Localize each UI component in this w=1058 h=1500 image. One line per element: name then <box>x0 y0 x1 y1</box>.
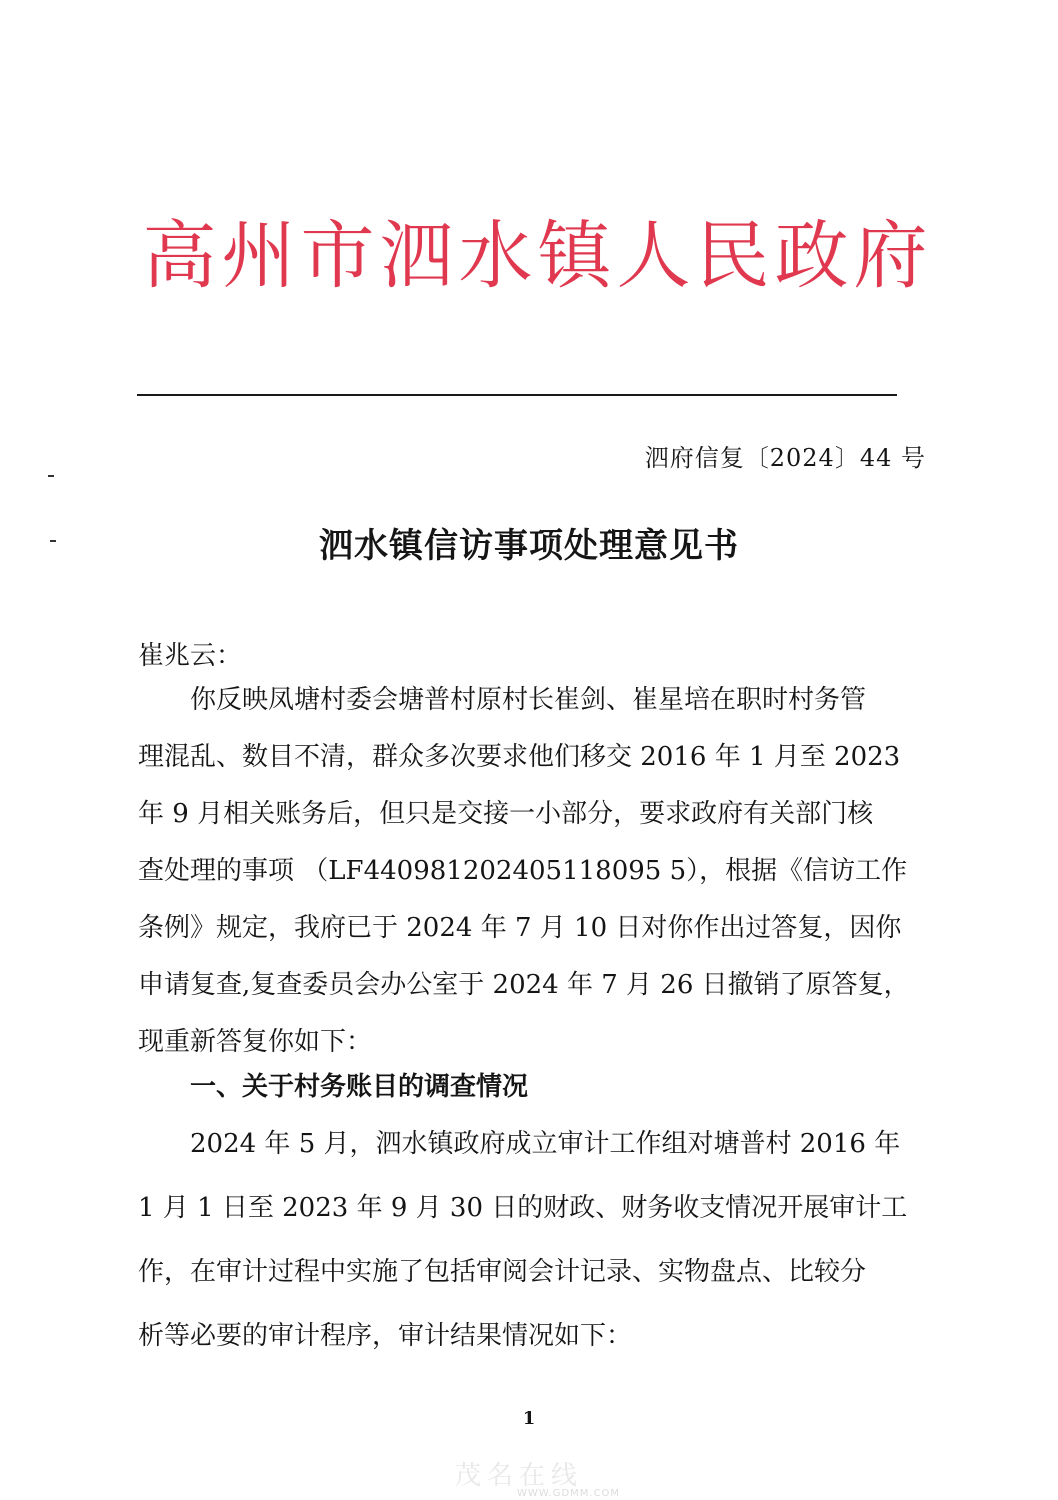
header-char: 泗 <box>377 197 456 303</box>
text-line: 1 月 1 日至 2023 年 9 月 30 日的财政、财务收支情况开展审计工 <box>138 1176 928 1240</box>
text-line: 查处理的事项 （LF440981202405118095 5），根据《信访工作 <box>138 843 928 900</box>
section-1-heading-block: 一、关于村务账目的调查情况 <box>138 1062 928 1112</box>
text-line: 作，在审计过程中实施了包括审阅会计记录、实物盘点、比较分 <box>138 1240 928 1304</box>
header-char: 水 <box>456 197 535 303</box>
page-number: 1 <box>0 1408 1058 1429</box>
header-char: 州 <box>219 197 298 303</box>
header-char: 镇 <box>535 197 614 303</box>
header-char: 市 <box>298 197 377 303</box>
watermark-text: 茂名在线 <box>455 1455 620 1492</box>
header-char: 高 <box>140 197 219 303</box>
text-line: 申请复查,复查委员会办公室于 2024 年 7 月 26 日撤销了原答复， <box>138 957 928 1014</box>
document-title: 泗水镇信访事项处理意见书 <box>0 518 1058 567</box>
section-1-body: 2024 年 5 月，泗水镇政府成立审计工作组对塘普村 2016 年 1 月 1… <box>138 1112 928 1368</box>
paragraph-1: 你反映凤塘村委会塘普村原村长崔剑、崔星培在职时村务管 理混乱、数目不清，群众多次… <box>138 672 928 1071</box>
text-line: 年 9 月相关账务后，但只是交接一小部分，要求政府有关部门核 <box>138 786 928 843</box>
header-char: 府 <box>851 197 930 303</box>
document-number: 泗府信复〔2024〕44 号 <box>645 438 926 473</box>
scan-mark <box>48 475 54 477</box>
header-char: 政 <box>772 197 851 303</box>
header-char: 民 <box>693 197 772 303</box>
salutation: 崔兆云： <box>138 635 242 672</box>
header-divider <box>137 394 897 396</box>
text-line: 条例》规定，我府已于 2024 年 7 月 10 日对你作出过答复，因你 <box>138 900 928 957</box>
section-heading: 一、关于村务账目的调查情况 <box>138 1062 928 1112</box>
text-line: 2024 年 5 月，泗水镇政府成立审计工作组对塘普村 2016 年 <box>138 1112 928 1176</box>
text-line: 析等必要的审计程序，审计结果情况如下： <box>138 1304 928 1368</box>
watermark-url: WWW.GDMM.COM <box>517 1488 620 1499</box>
text-line: 理混乱、数目不清，群众多次要求他们移交 2016 年 1 月至 2023 <box>138 729 928 786</box>
header-char: 人 <box>614 197 693 303</box>
watermark: 茂名在线 WWW.GDMM.COM <box>455 1455 620 1499</box>
issuing-authority-header: 高 州 市 泗 水 镇 人 民 政 府 <box>140 195 930 305</box>
text-line: 你反映凤塘村委会塘普村原村长崔剑、崔星培在职时村务管 <box>138 672 928 729</box>
